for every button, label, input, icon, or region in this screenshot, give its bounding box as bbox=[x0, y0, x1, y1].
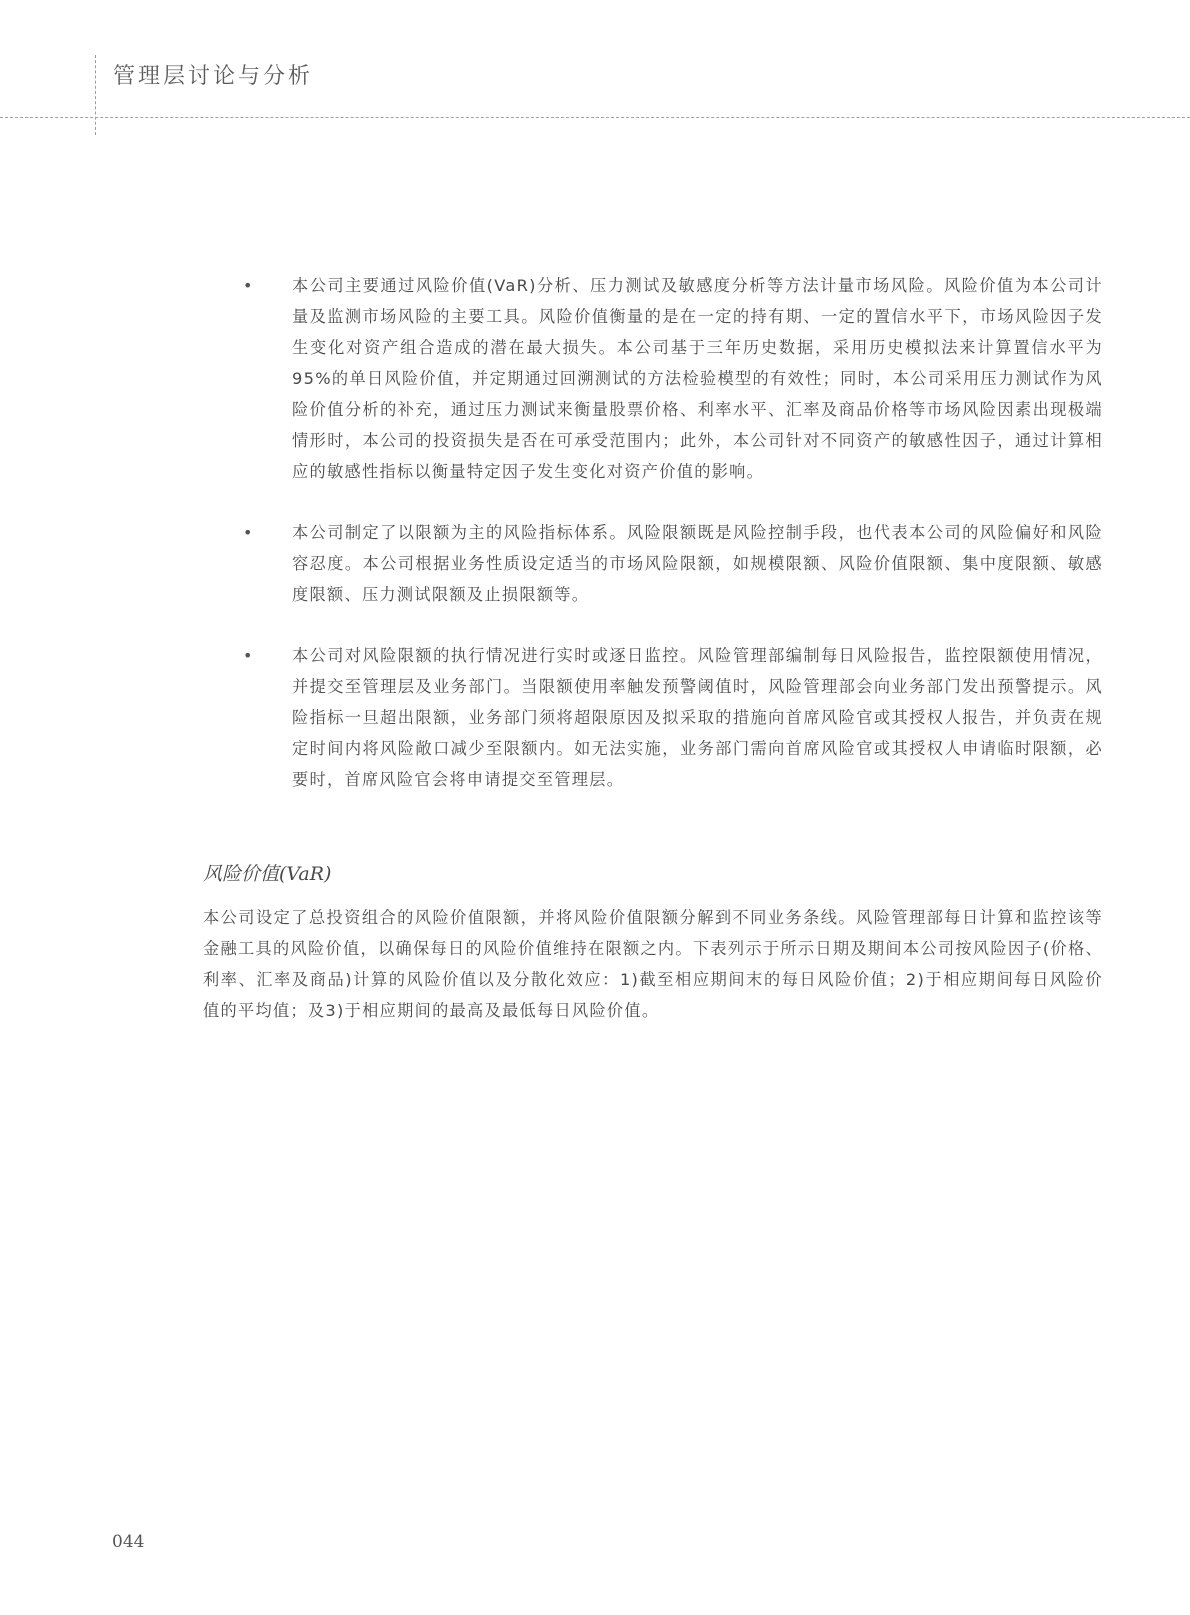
header-vertical-divider bbox=[95, 55, 96, 135]
bullet-item-var-methods: • 本公司主要通过风险价值(VaR)分析、压力测试及敏感度分析等方法计量市场风险… bbox=[243, 270, 1103, 487]
bullet-list: • 本公司主要通过风险价值(VaR)分析、压力测试及敏感度分析等方法计量市场风险… bbox=[243, 270, 1103, 825]
section-body-var: 本公司设定了总投资组合的风险价值限额，并将风险价值限额分解到不同业务条线。风险管… bbox=[203, 902, 1103, 1026]
bullet-icon: • bbox=[243, 640, 255, 671]
page-number: 044 bbox=[112, 1530, 144, 1554]
bullet-item-limit-system: • 本公司制定了以限额为主的风险指标体系。风险限额既是风险控制手段，也代表本公司… bbox=[243, 517, 1103, 610]
bullet-icon: • bbox=[243, 270, 255, 301]
section-heading-var: 风险价值(VaR) bbox=[203, 860, 331, 888]
page-section-title: 管理层讨论与分析 bbox=[113, 62, 313, 92]
bullet-icon: • bbox=[243, 517, 255, 548]
bullet-text: 本公司主要通过风险价值(VaR)分析、压力测试及敏感度分析等方法计量市场风险。风… bbox=[292, 270, 1103, 487]
bullet-text: 本公司对风险限额的执行情况进行实时或逐日监控。风险管理部编制每日风险报告，监控限… bbox=[292, 640, 1103, 795]
bullet-text: 本公司制定了以限额为主的风险指标体系。风险限额既是风险控制手段，也代表本公司的风… bbox=[292, 517, 1103, 610]
bullet-item-limit-monitoring: • 本公司对风险限额的执行情况进行实时或逐日监控。风险管理部编制每日风险报告，监… bbox=[243, 640, 1103, 795]
header-horizontal-divider bbox=[0, 117, 1190, 118]
